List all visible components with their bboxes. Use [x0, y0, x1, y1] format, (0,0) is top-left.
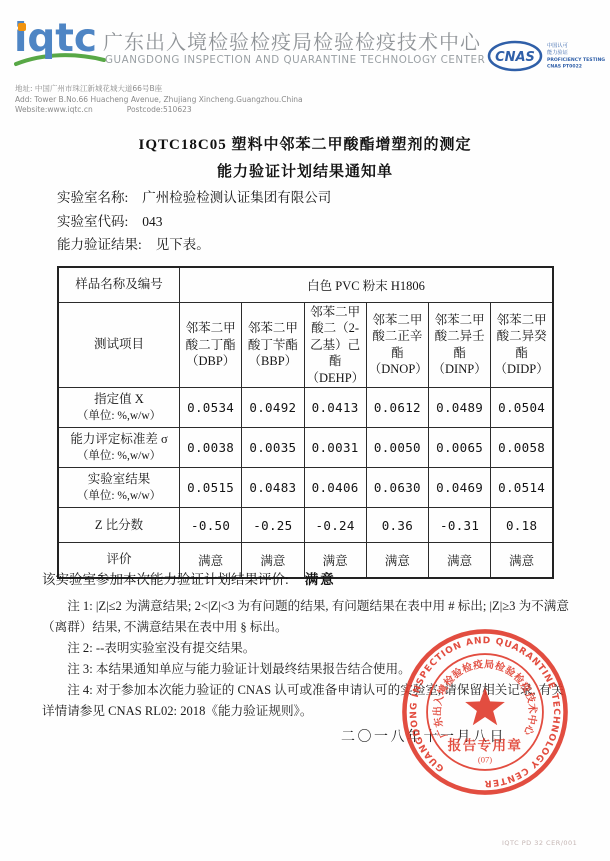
value-cell: 0.0038	[180, 428, 242, 468]
document-title-line2: 能力验证计划结果通知单	[0, 160, 610, 181]
cnas-line2: 能力验证	[547, 48, 568, 56]
value-cell: 0.0058	[491, 428, 553, 468]
value-cell: 0.0534	[180, 388, 242, 428]
value-cell: 满意	[366, 543, 428, 578]
analyte-header: 邻苯二甲酸丁苄酯（BBP）	[242, 302, 304, 388]
row-label-cell: 指定值 X （单位: %,w/w）	[58, 388, 180, 428]
row-unit: （单位: %,w/w）	[61, 488, 177, 505]
seal-star-icon	[465, 688, 505, 726]
cnas-line1: 中国认可	[547, 41, 568, 49]
overall-evaluation-prefix: 该实验室参加本次能力验证计划结果评价:	[42, 572, 289, 587]
table-row-lab-result: 实验室结果 （单位: %,w/w） 0.0515 0.0483 0.0406 0…	[58, 468, 553, 508]
lab-code-line: 实验室代码:043	[57, 210, 331, 234]
analyte-header: 邻苯二甲酸二异癸酯（DIDP）	[491, 302, 553, 388]
row-label-cell: 实验室结果 （单位: %,w/w）	[58, 468, 180, 508]
row-label: 能力评定标准差 σ	[61, 431, 177, 448]
cnas-logo: CNAS 中国认可 能力验证 PROFICIENCY TESTING CNAS …	[487, 34, 605, 78]
analyte-header: 邻苯二甲酸二异壬酯（DINP）	[429, 302, 491, 388]
lab-info-block: 实验室名称:广州检验检测认证集团有限公司 实验室代码:043 能力验证结果:见下…	[57, 186, 331, 257]
iqtc-logo: iqtc	[14, 20, 106, 68]
postcode-text: Postcode:510623	[127, 105, 192, 114]
lab-code-value: 043	[142, 214, 162, 229]
value-cell: 0.0469	[429, 468, 491, 508]
value-cell: -0.24	[304, 508, 366, 543]
row-label: 实验室结果	[61, 471, 177, 488]
row-unit: （单位: %,w/w）	[61, 408, 177, 425]
lab-name-label: 实验室名称:	[57, 190, 128, 205]
value-cell: 0.0612	[366, 388, 428, 428]
org-name-en: GUANGDONG INSPECTION AND QUARANTINE TECH…	[105, 54, 495, 66]
org-name-cn: 广东出入境检验检疫局检验检疫技术中心	[103, 26, 493, 55]
address-en: Add: Tower B.No.66 Huacheng Avenue, Zhuj…	[15, 95, 303, 106]
test-item-label-cell: 测试项目	[58, 302, 180, 388]
overall-evaluation-line: 该实验室参加本次能力验证计划结果评价:满意	[42, 568, 336, 588]
value-cell: 0.0413	[304, 388, 366, 428]
value-cell: 0.36	[366, 508, 428, 543]
results-table: 样品名称及编号 白色 PVC 粉末 H1806 测试项目 邻苯二甲酸二丁酯（DB…	[57, 266, 554, 579]
table-row-z-score: Z 比分数 -0.50 -0.25 -0.24 0.36 -0.31 0.18	[58, 508, 553, 543]
cnas-line3: PROFICIENCY TESTING	[547, 57, 605, 63]
value-cell: 0.0514	[491, 468, 553, 508]
official-seal: GUANGDONG INSPECTION AND QUARANTINE TECH…	[399, 626, 571, 798]
lab-name-line: 实验室名称:广州检验检测认证集团有限公司	[57, 186, 331, 210]
value-cell: 0.0035	[242, 428, 304, 468]
document-title-line1: IQTC18C05 塑料中邻苯二甲酸酯增塑剂的测定	[0, 133, 610, 154]
address-block: 地址: 中国广州市珠江新城花城大道66号B座 Add: Tower B.No.6…	[15, 84, 303, 116]
value-cell: 满意	[491, 543, 553, 578]
value-cell: 0.0515	[180, 468, 242, 508]
seal-code-text: (07)	[478, 755, 492, 765]
value-cell: 0.0492	[242, 388, 304, 428]
row-label: 指定值 X	[61, 391, 177, 408]
footer-document-code: IQTC PD 32 CER/001	[502, 839, 577, 847]
analyte-header: 邻苯二甲酸二正辛酯（DNOP）	[366, 302, 428, 388]
row-unit: （单位: %,w/w）	[61, 448, 177, 465]
value-cell: 0.0050	[366, 428, 428, 468]
row-label-cell: 能力评定标准差 σ （单位: %,w/w）	[58, 428, 180, 468]
lab-name-value: 广州检验检测认证集团有限公司	[142, 190, 331, 205]
row-label-cell: Z 比分数	[58, 508, 180, 543]
value-cell: 0.0483	[242, 468, 304, 508]
value-cell: -0.25	[242, 508, 304, 543]
table-row-std-dev: 能力评定标准差 σ （单位: %,w/w） 0.0038 0.0035 0.00…	[58, 428, 553, 468]
value-cell: 满意	[429, 543, 491, 578]
value-cell: -0.31	[429, 508, 491, 543]
cnas-badge-text: CNAS	[495, 50, 535, 65]
address-web-line: Website:www.iqtc.cnPostcode:510623	[15, 105, 303, 116]
lab-code-label: 实验室代码:	[57, 214, 128, 229]
address-cn: 地址: 中国广州市珠江新城花城大道66号B座	[15, 84, 303, 95]
lab-result-value: 见下表。	[156, 237, 210, 252]
table-row-analytes: 测试项目 邻苯二甲酸二丁酯（DBP） 邻苯二甲酸丁苄酯（BBP） 邻苯二甲酸二（…	[58, 302, 553, 388]
value-cell: 0.0630	[366, 468, 428, 508]
lab-result-label: 能力验证结果:	[57, 237, 142, 252]
value-cell: 0.18	[491, 508, 553, 543]
cnas-line4: CNAS PT0022	[547, 64, 582, 70]
value-cell: 0.0489	[429, 388, 491, 428]
value-cell: 0.0504	[491, 388, 553, 428]
iqtc-logo-dot-icon	[18, 23, 26, 31]
document-page: { "header": { "logo_text": "iqtc", "org_…	[0, 0, 610, 861]
iqtc-logo-text: iqtc	[14, 20, 106, 58]
table-row-assigned-value: 指定值 X （单位: %,w/w） 0.0534 0.0492 0.0413 0…	[58, 388, 553, 428]
lab-result-line: 能力验证结果:见下表。	[57, 233, 331, 257]
analyte-header: 邻苯二甲酸二丁酯（DBP）	[180, 302, 242, 388]
value-cell: 0.0406	[304, 468, 366, 508]
value-cell: 0.0031	[304, 428, 366, 468]
analyte-header: 邻苯二甲酸二（2-乙基）己酯（DEHP）	[304, 302, 366, 388]
overall-evaluation-value: 满意	[305, 572, 336, 587]
value-cell: -0.50	[180, 508, 242, 543]
sample-label-cell: 样品名称及编号	[58, 267, 180, 302]
website-text: Website:www.iqtc.cn	[15, 105, 93, 114]
seal-title-text: 报告专用章	[448, 737, 523, 753]
table-row-sample: 样品名称及编号 白色 PVC 粉末 H1806	[58, 267, 553, 302]
value-cell: 0.0065	[429, 428, 491, 468]
sample-value-cell: 白色 PVC 粉末 H1806	[180, 267, 554, 302]
